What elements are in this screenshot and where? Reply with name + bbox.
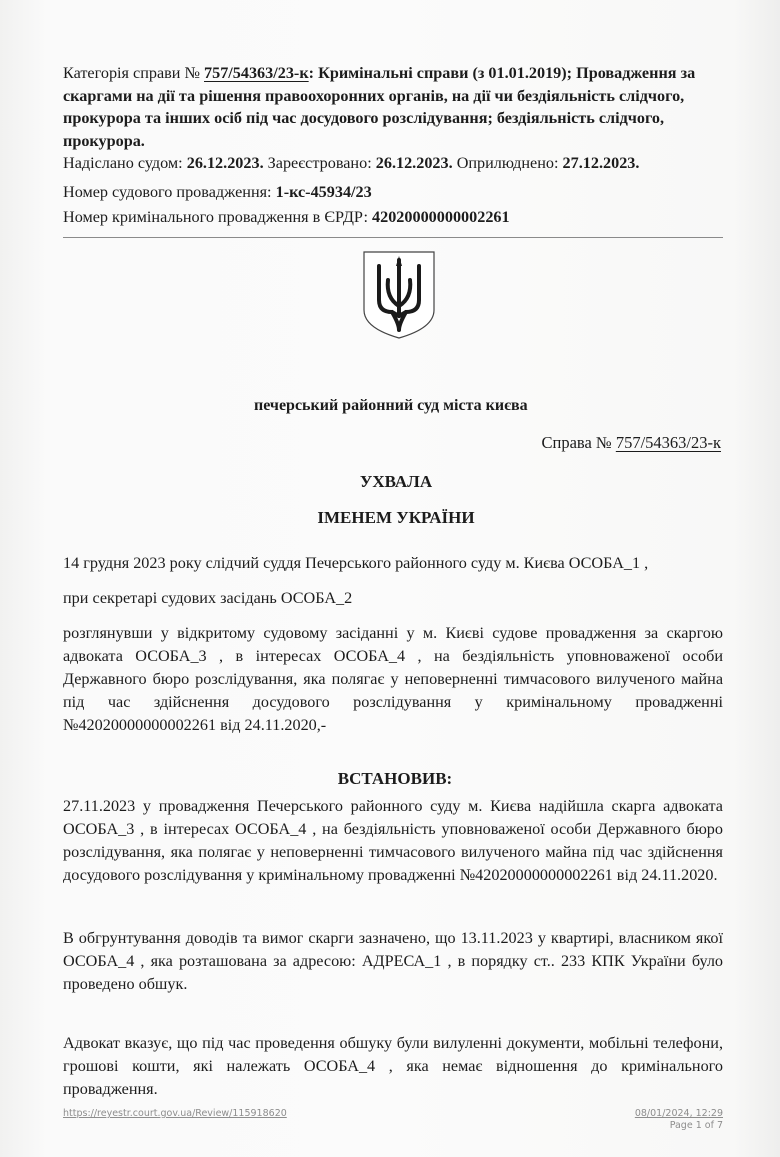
header-divider	[63, 237, 723, 238]
footer-page-number: Page 1 of 7	[635, 1120, 723, 1132]
paragraph-judge: 14 грудня 2023 року слідчий суддя Печерс…	[63, 552, 723, 575]
established-heading: ВСТАНОВИВ:	[0, 769, 780, 789]
registered-date: 26.12.2023.	[376, 154, 453, 172]
sent-label: Надіслано судом:	[63, 154, 187, 172]
erdr-value: 42020000000002261	[372, 208, 510, 226]
case-ref-number[interactable]: 757/54363/23-к	[616, 433, 721, 452]
in-name-of-ukraine-title: ІМЕНЕМ УКРАЇНИ	[0, 508, 780, 528]
footer-print-info: 08/01/2024, 12:29 Page 1 of 7	[635, 1108, 723, 1132]
case-category-header: Категорія справи № 757/54363/23-к: Кримі…	[63, 62, 723, 152]
ukraine-trident-icon	[362, 250, 436, 340]
paragraph-secretary: при секретарі судових засідань ОСОБА_2	[63, 587, 723, 610]
erdr-number: Номер кримінального провадження в ЄРДР: …	[63, 208, 510, 227]
erdr-label: Номер кримінального провадження в ЄРДР:	[63, 208, 372, 226]
published-date: 27.12.2023.	[563, 154, 640, 172]
sent-date: 26.12.2023.	[187, 154, 264, 172]
paragraph-lawyer-claim: Адвокат вказує, що під час проведення об…	[63, 1032, 723, 1101]
published-label: Оприлюднено:	[453, 154, 563, 172]
footer-datetime: 08/01/2024, 12:29	[635, 1108, 723, 1120]
paragraph-established: 27.11.2023 у провадження Печерського рай…	[63, 795, 723, 887]
document-page: Категорія справи № 757/54363/23-к: Кримі…	[0, 0, 780, 1157]
paragraph-justification: В обгрунтування доводів та вимог скарги …	[63, 927, 723, 996]
court-name: печерський районний суд міста києва	[254, 397, 528, 415]
ruling-title: УХВАЛА	[0, 472, 780, 492]
case-category: Категорія справи № 757/54363/23-к: Кримі…	[63, 62, 723, 152]
court-proceeding-number: Номер судового провадження: 1-кс-45934/2…	[63, 183, 372, 202]
registered-label: Зареєстровано:	[264, 154, 376, 172]
case-reference: Справа № 757/54363/23-к	[542, 433, 722, 453]
footer-source-url[interactable]: https://reyestr.court.gov.ua/Review/1159…	[63, 1108, 287, 1119]
case-category-label: Категорія справи №	[63, 64, 204, 82]
court-proceeding-value: 1-кс-45934/23	[276, 183, 372, 201]
document-dates: Надіслано судом: 26.12.2023. Зареєстрова…	[63, 154, 639, 173]
case-ref-label: Справа №	[542, 433, 616, 452]
court-proceeding-label: Номер судового провадження:	[63, 183, 276, 201]
case-number-link[interactable]: 757/54363/23-к	[204, 64, 309, 82]
paragraph-considered: розглянувши у відкритому судовому засіда…	[63, 622, 723, 737]
